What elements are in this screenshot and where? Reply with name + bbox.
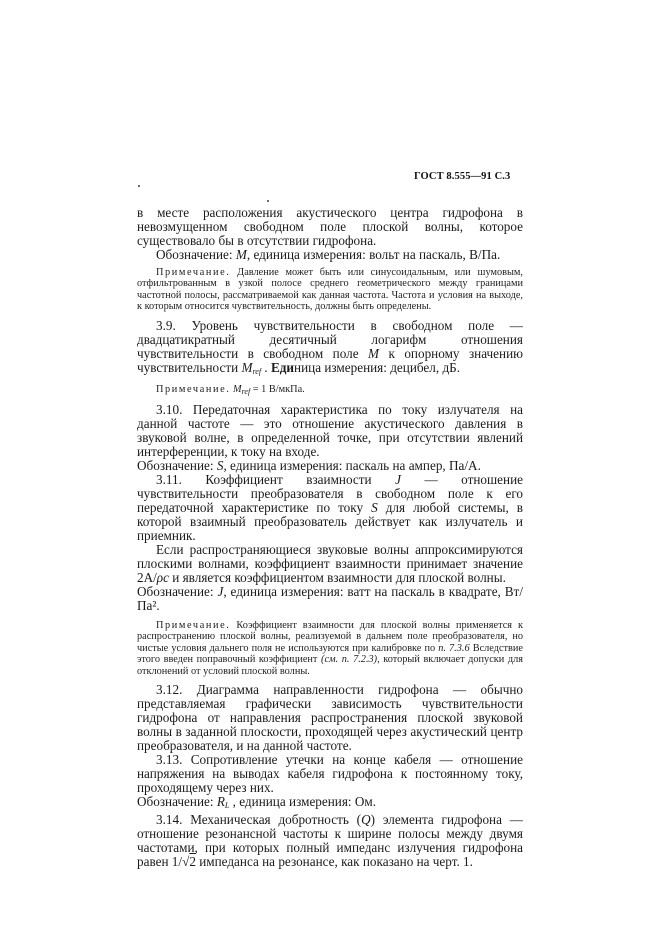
document-body: в месте расположения акустического центр… [137, 206, 523, 869]
section-3-14: 3.14. Механическая добротность (Q) элеме… [137, 813, 523, 869]
scan-speck [267, 200, 269, 202]
designation-rl: Обозначение: RL , единица измерения: Ом. [137, 795, 523, 813]
section-3-11-plane-wave: Если распространяющиеся звуковые волны а… [137, 543, 523, 585]
page-header: ГОСТ 8.555—91 С.3 [414, 171, 510, 182]
note-reciprocity: Примечание. Коэффициент взаимности для п… [137, 620, 523, 677]
section-3-11: 3.11. Коэффициент взаимности J — отношен… [137, 473, 523, 543]
section-3-12: 3.12. Диаграмма направленности гидрофона… [137, 683, 523, 753]
designation-m: Обозначение: M, единица измерения: вольт… [137, 248, 523, 262]
document-page: ГОСТ 8.555—91 С.3 в месте расположения а… [0, 0, 661, 935]
note-mref: Примечание. Mref = 1 В/мкПа. [137, 384, 523, 397]
note-label: Примечание. [156, 267, 230, 278]
note-pressure: Примечание. Давление может быть или сину… [137, 267, 523, 313]
section-3-9: 3.9. Уровень чувствительности в свободно… [137, 319, 523, 379]
scan-speck [138, 185, 140, 187]
designation-s: Обозначение: S, единица измерения: паска… [137, 459, 523, 473]
designation-j: Обозначение: J, единица измерения: ватт … [137, 585, 523, 613]
section-3-10: 3.10. Передаточная характеристика по ток… [137, 403, 523, 459]
paragraph-continuation: в месте расположения акустического центр… [137, 206, 523, 248]
section-3-13: 3.13. Сопротивление утечки на конце кабе… [137, 753, 523, 795]
